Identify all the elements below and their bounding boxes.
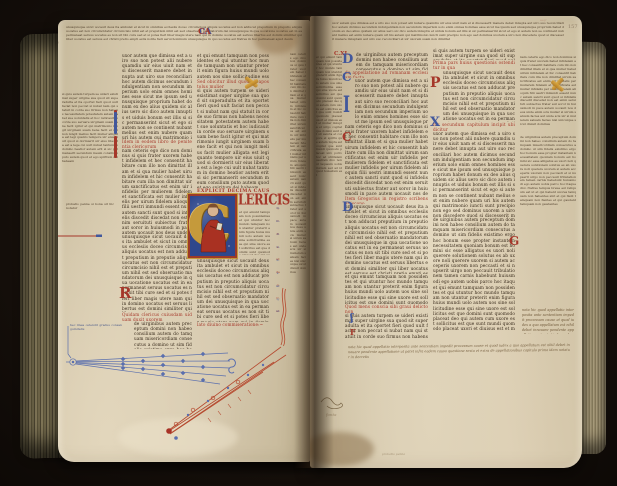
text-block: et qui emunt tamquam non possidentes et … (345, 274, 428, 304)
gold-mark (244, 80, 259, 85)
right-margin-gloss-lower: de uirginibus autem preceptum domini non… (520, 136, 576, 300)
text-block: uxor autem que dimissa est a uiro suo no… (433, 131, 515, 217)
rubric: de appellatione ad romanam ecclesiam fac… (345, 70, 428, 78)
rubric: Prima pars huius questionis ostenditur i… (433, 60, 515, 70)
text-block: unusquisque sicut uocauit deus ita ambul… (345, 204, 428, 274)
folio-number: 157 (568, 24, 578, 30)
text-block: de uirginibus autem preceptum domini non… (345, 52, 428, 70)
margin-paraph-mark: ʃ (350, 314, 353, 324)
rubric: Item Gregorius in registro scribens epis… (345, 196, 428, 204)
initial-d-2: D (342, 201, 353, 214)
initial-c-red: C (342, 131, 352, 143)
rubric: hic secundum capitulum incipit ubi dicit… (433, 122, 515, 131)
initial-g: G (509, 235, 519, 247)
text-block: de uirginibus autem preceptum domini non… (433, 217, 515, 285)
book-gutter-shadow (294, 16, 334, 468)
right-column-1: de uirginibus autem preceptum domini non… (345, 52, 428, 352)
text-block: nam ceteris ego dico non dominus si quis… (345, 124, 428, 196)
initial-x: X (430, 116, 440, 129)
text-block: et qui emunt tamquam non possidentes et … (433, 285, 515, 331)
gold-mark-right (550, 82, 565, 87)
initial-p: P (430, 76, 441, 90)
right-margin-gloss-upper: nam ceteris ego dico non dominus si quis… (520, 56, 576, 128)
initial-d: D (342, 53, 353, 66)
text-block: si quis autem turpem se uideri existimat… (345, 313, 428, 339)
blue-fan-diagram (66, 326, 235, 384)
rubric: Quod mens conscia sibi graui delicto non (345, 304, 428, 313)
text-block: uxor autem que dimissa est a uiro suo no… (345, 78, 428, 124)
manuscript-photo: unusquisque sicut uocauit deus ita ambul… (0, 0, 617, 486)
margin-letter-f: F (350, 328, 356, 336)
top-gloss-right: uxor autem que dimissa est a uiro suo no… (332, 22, 564, 48)
right-page: uxor autem que dimissa est a uiro suo no… (310, 16, 582, 468)
text-block: si quis autem turpem se uideri existimat… (433, 48, 515, 60)
consanguinity-diagrams (58, 20, 310, 462)
bottom-annotation: nota hic quod appellatio interposita ant… (348, 343, 570, 375)
faint-bottom-line: probatio penne (382, 452, 452, 458)
initial-i: I (343, 94, 350, 117)
right-column-2: si quis autem turpem se uideri existimat… (433, 48, 515, 348)
corner-note: seqr (540, 18, 547, 22)
right-margin-note: nota hic quod appellatio interposita ant… (522, 308, 574, 334)
initial-c: C (342, 71, 352, 83)
left-page: unusquisque sicut uocauit deus ita ambul… (58, 20, 310, 462)
text-block: unusquisque sicut uocauit deus ita ambul… (433, 70, 515, 122)
book-fore-edge-right (578, 42, 606, 454)
